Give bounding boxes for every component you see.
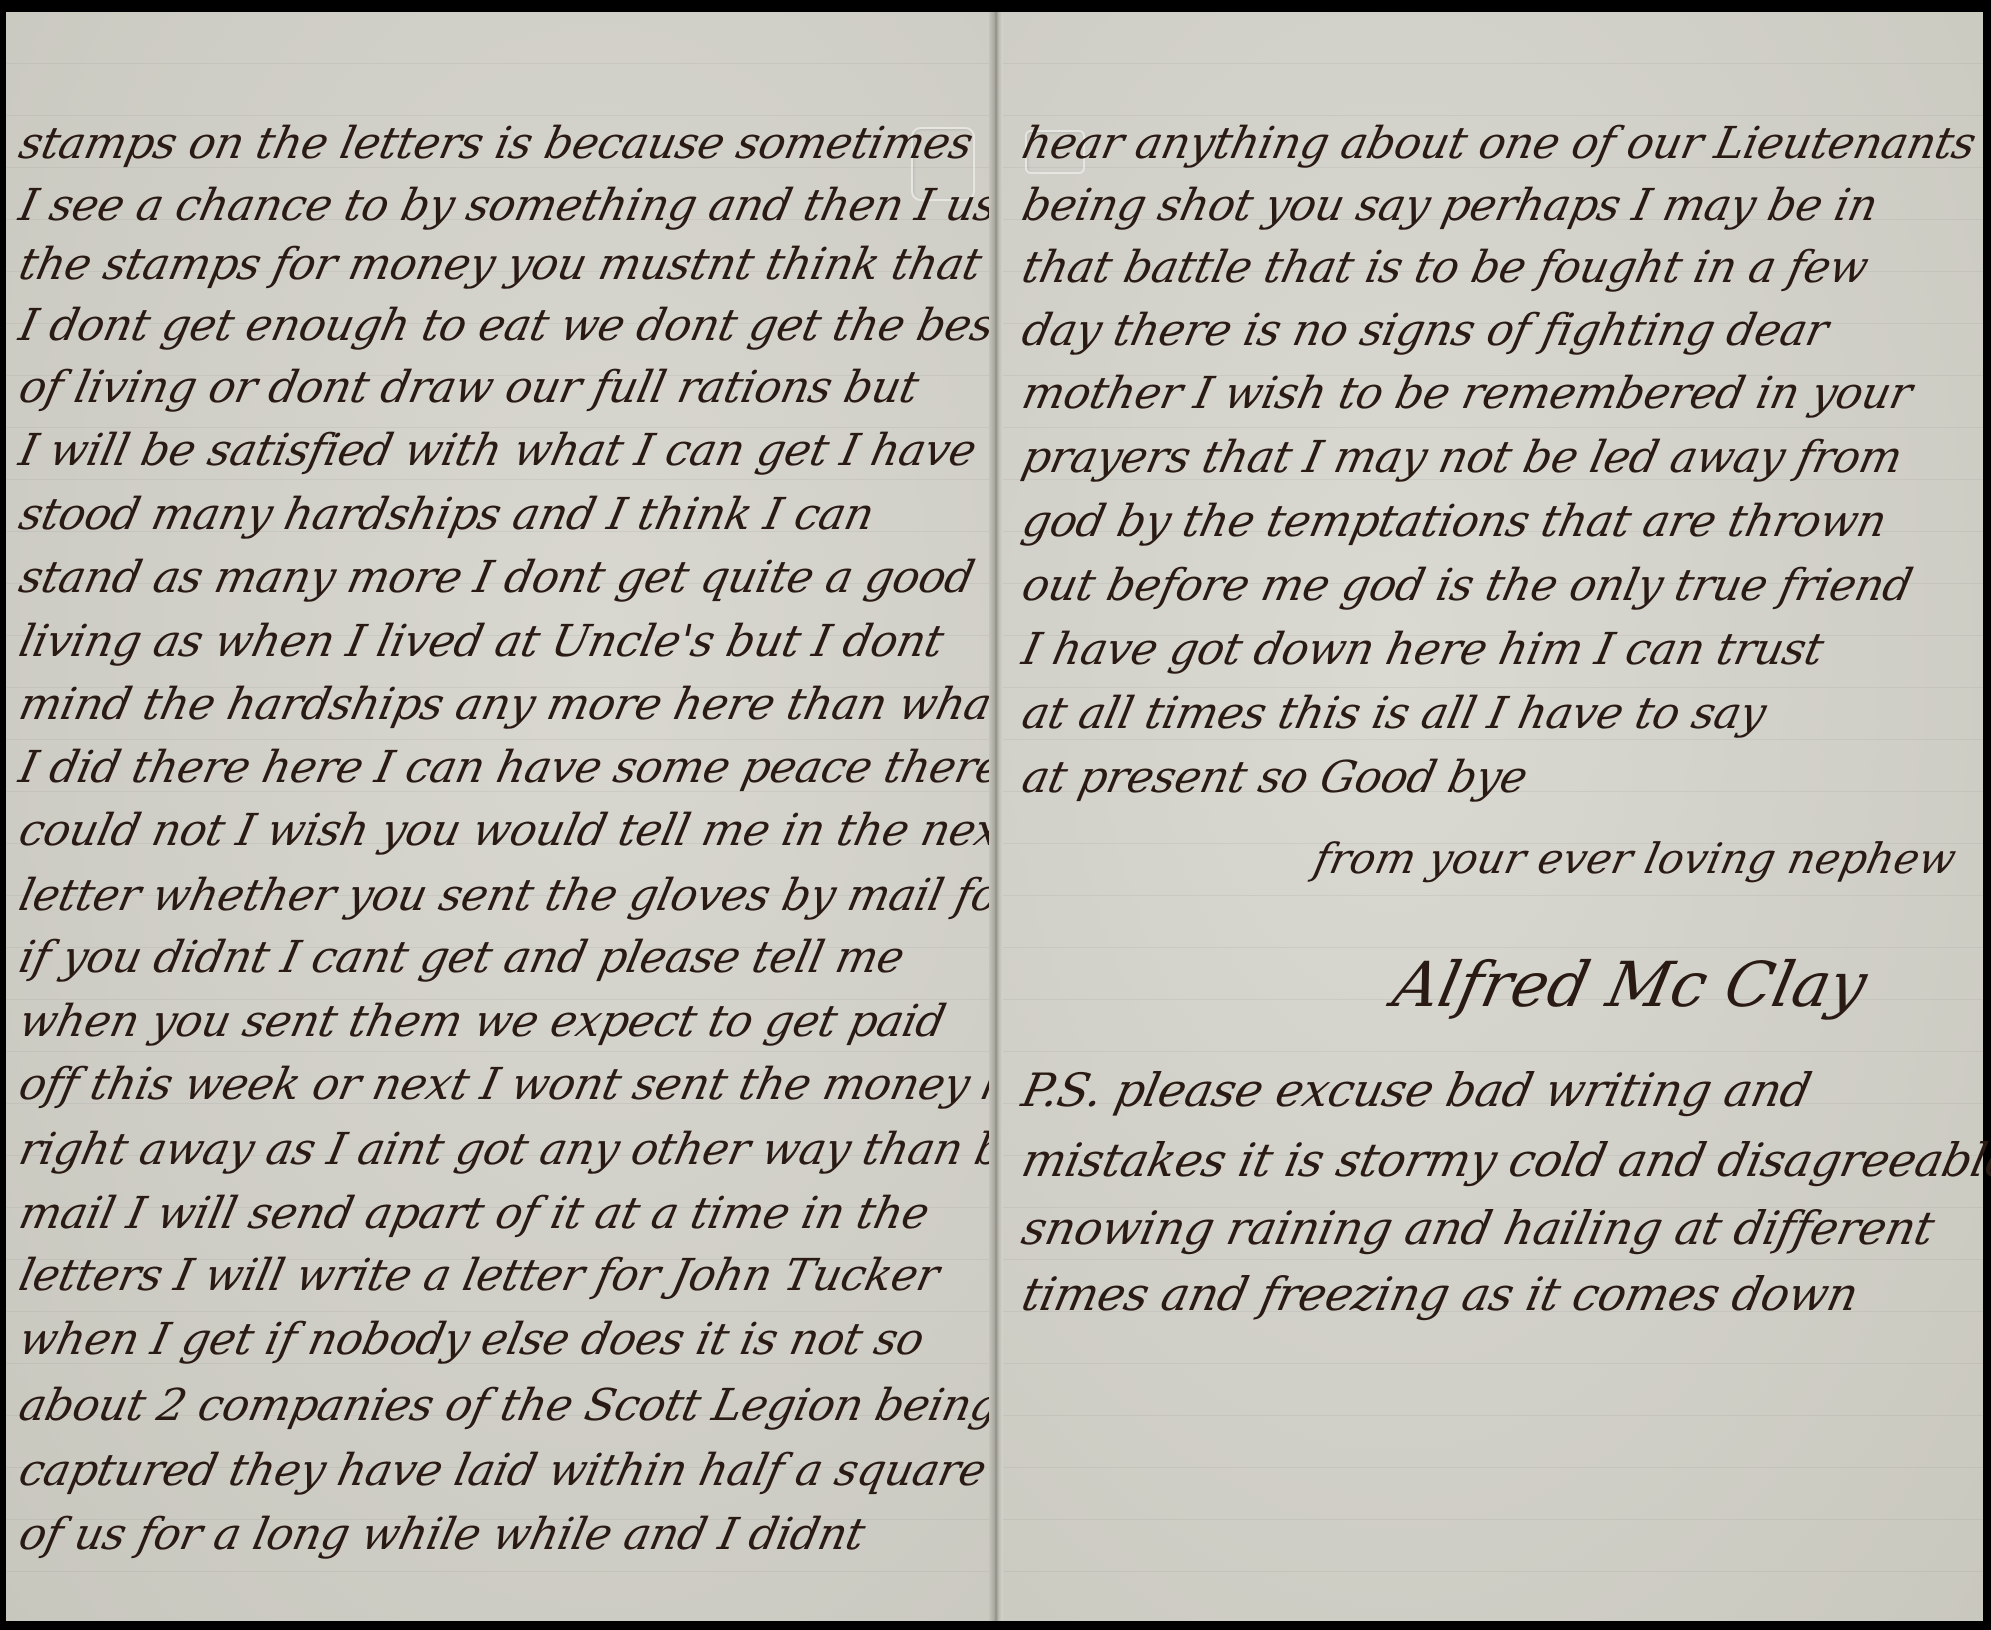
letter-line: about 2 companies of the Scott Legion be… [14, 1380, 1003, 1432]
letter-line: mail I will send apart of it at a time i… [14, 1188, 933, 1240]
letter-line: letter whether you sent the gloves by ma… [14, 870, 1023, 922]
signature: Alfred Mc Clay [1387, 948, 1873, 1021]
left-page: stamps on the letters is because sometim… [6, 12, 995, 1621]
page-fold [989, 12, 1003, 1621]
letter-line: that battle that is to be fought in a fe… [1017, 242, 1872, 294]
letter-line: out before me god is the only true frien… [1017, 560, 1916, 612]
letter-line: hear anything about one of our Lieutenan… [1017, 118, 1980, 170]
letter-line: if you didnt I cant get and please tell … [14, 932, 908, 984]
letter-line: could not I wish you would tell me in th… [14, 805, 1022, 857]
letter-line: I dont get enough to eat we dont get the… [14, 300, 1015, 352]
letter-line: off this week or next I wont sent the mo… [14, 1059, 1108, 1111]
letter-line: I have got down here him I can trust [1017, 624, 1827, 676]
letter-line: of living or dont draw our full rations … [14, 362, 922, 414]
letter-sheet: stamps on the letters is because sometim… [6, 12, 1983, 1621]
letter-line: at present so Good bye [1017, 752, 1531, 804]
postscript-line: snowing raining and hailing at different [1017, 1202, 1938, 1254]
letter-line: prayers that I may not be led away from [1017, 432, 1906, 484]
right-page: hear anything about one of our Lieutenan… [1003, 12, 1983, 1621]
letter-line: day there is no signs of fighting dear [1017, 305, 1832, 357]
letter-line: stamps on the letters is because sometim… [14, 118, 977, 170]
letter-line: mother I wish to be remembered in your [1017, 368, 1916, 420]
letter-line: when you sent them we expect to get paid [14, 996, 949, 1048]
letter-line: stand as many more I dont get quite a go… [14, 552, 978, 604]
letter-line: captured they have laid within half a sq… [14, 1445, 990, 1497]
letter-line: mind the hardships any more here than wh… [14, 679, 1012, 731]
letter-line: right away as I aint got any other way t… [14, 1124, 1032, 1176]
closing-salutation: from your ever loving nephew [1310, 834, 1961, 883]
letter-line: I will be satisfied with what I can get … [14, 425, 980, 477]
letter-line: I see a chance to by something and then … [14, 180, 1027, 232]
postscript-line: times and freezing as it comes down [1017, 1268, 1862, 1320]
letter-line: the stamps for money you mustnt think th… [14, 239, 985, 291]
letter-line: at all times this is all I have to say [1017, 688, 1770, 740]
postscript-line: mistakes it is stormy cold and disagreea… [1017, 1134, 1991, 1186]
letter-line: god by the temptations that are thrown [1017, 496, 1890, 548]
letter-line: being shot you say perhaps I may be in [1017, 180, 1882, 232]
letter-line: of us for a long while while and I didnt [14, 1509, 869, 1561]
postscript-line: P.S. please excuse bad writing and [1017, 1064, 1815, 1116]
letter-line: when I get if nobody else does it is not… [14, 1314, 928, 1366]
letter-line: letters I will write a letter for John T… [14, 1250, 943, 1302]
letter-line: I did there here I can have some peace t… [14, 742, 1037, 794]
letter-line: stood many hardships and I think I can [14, 489, 878, 541]
letter-line: living as when I lived at Uncle's but I … [14, 616, 947, 668]
